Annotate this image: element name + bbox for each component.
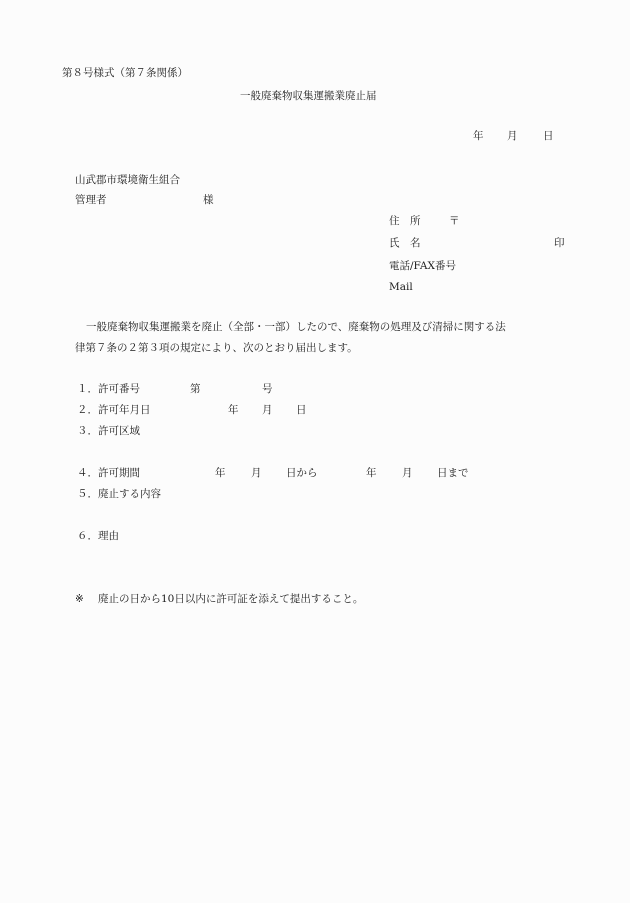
date-day-label: 日	[543, 131, 554, 142]
item-number: １．	[77, 384, 98, 395]
item-part: 日まで	[437, 468, 469, 479]
item-label: 理由	[98, 531, 119, 542]
item-number: ５．	[77, 489, 98, 500]
item-part: 年	[215, 468, 226, 479]
note-mark: ※	[75, 594, 84, 605]
item-number: ６．	[77, 531, 98, 542]
date-year-label: 年	[473, 131, 484, 142]
item-label: 許可期間	[98, 468, 140, 479]
item-part: 月	[262, 405, 273, 416]
phone-fax-label: 電話/FAX番号	[389, 261, 456, 272]
item-number: ２．	[77, 405, 98, 416]
note-text: 廃止の日から10日以内に許可証を添えて提出すること。	[98, 594, 363, 605]
item-label: 許可区域	[98, 426, 140, 437]
address-label: 住 所	[389, 216, 421, 227]
item-number: ４．	[77, 468, 98, 479]
body-line-2: 律第７条の２第３項の規定により、次のとおり届出します。	[75, 343, 358, 354]
form-number: 第８号様式（第７条関係）	[62, 68, 188, 79]
postal-mark: 〒	[449, 216, 460, 227]
addressee-honorific: 様	[203, 195, 214, 206]
date-month-label: 月	[507, 131, 518, 142]
addressee-manager-label: 管理者	[75, 195, 107, 206]
addressee-organization: 山武郡市環境衛生組合	[75, 175, 180, 186]
seal-mark: 印	[554, 238, 565, 249]
item-part: 月	[402, 468, 413, 479]
item-part: 年	[366, 468, 377, 479]
item-label: 許可番号	[98, 384, 140, 395]
item-part: 日から	[286, 468, 318, 479]
name-label: 氏 名	[389, 238, 421, 249]
item-part: 月	[251, 468, 262, 479]
mail-label: Mail	[389, 282, 413, 293]
item-part: 号	[262, 384, 273, 395]
item-part: 年	[228, 405, 239, 416]
item-part: 日	[296, 405, 307, 416]
item-label: 廃止する内容	[98, 489, 161, 500]
document-title: 一般廃棄物収集運搬業廃止届	[240, 91, 377, 102]
body-line-1: 一般廃棄物収集運搬業を廃止（全部・一部）したので、廃棄物の処理及び清掃に関する法	[86, 322, 506, 333]
item-number: ３．	[77, 426, 98, 437]
item-part: 第	[190, 384, 201, 395]
item-label: 許可年月日	[98, 405, 151, 416]
